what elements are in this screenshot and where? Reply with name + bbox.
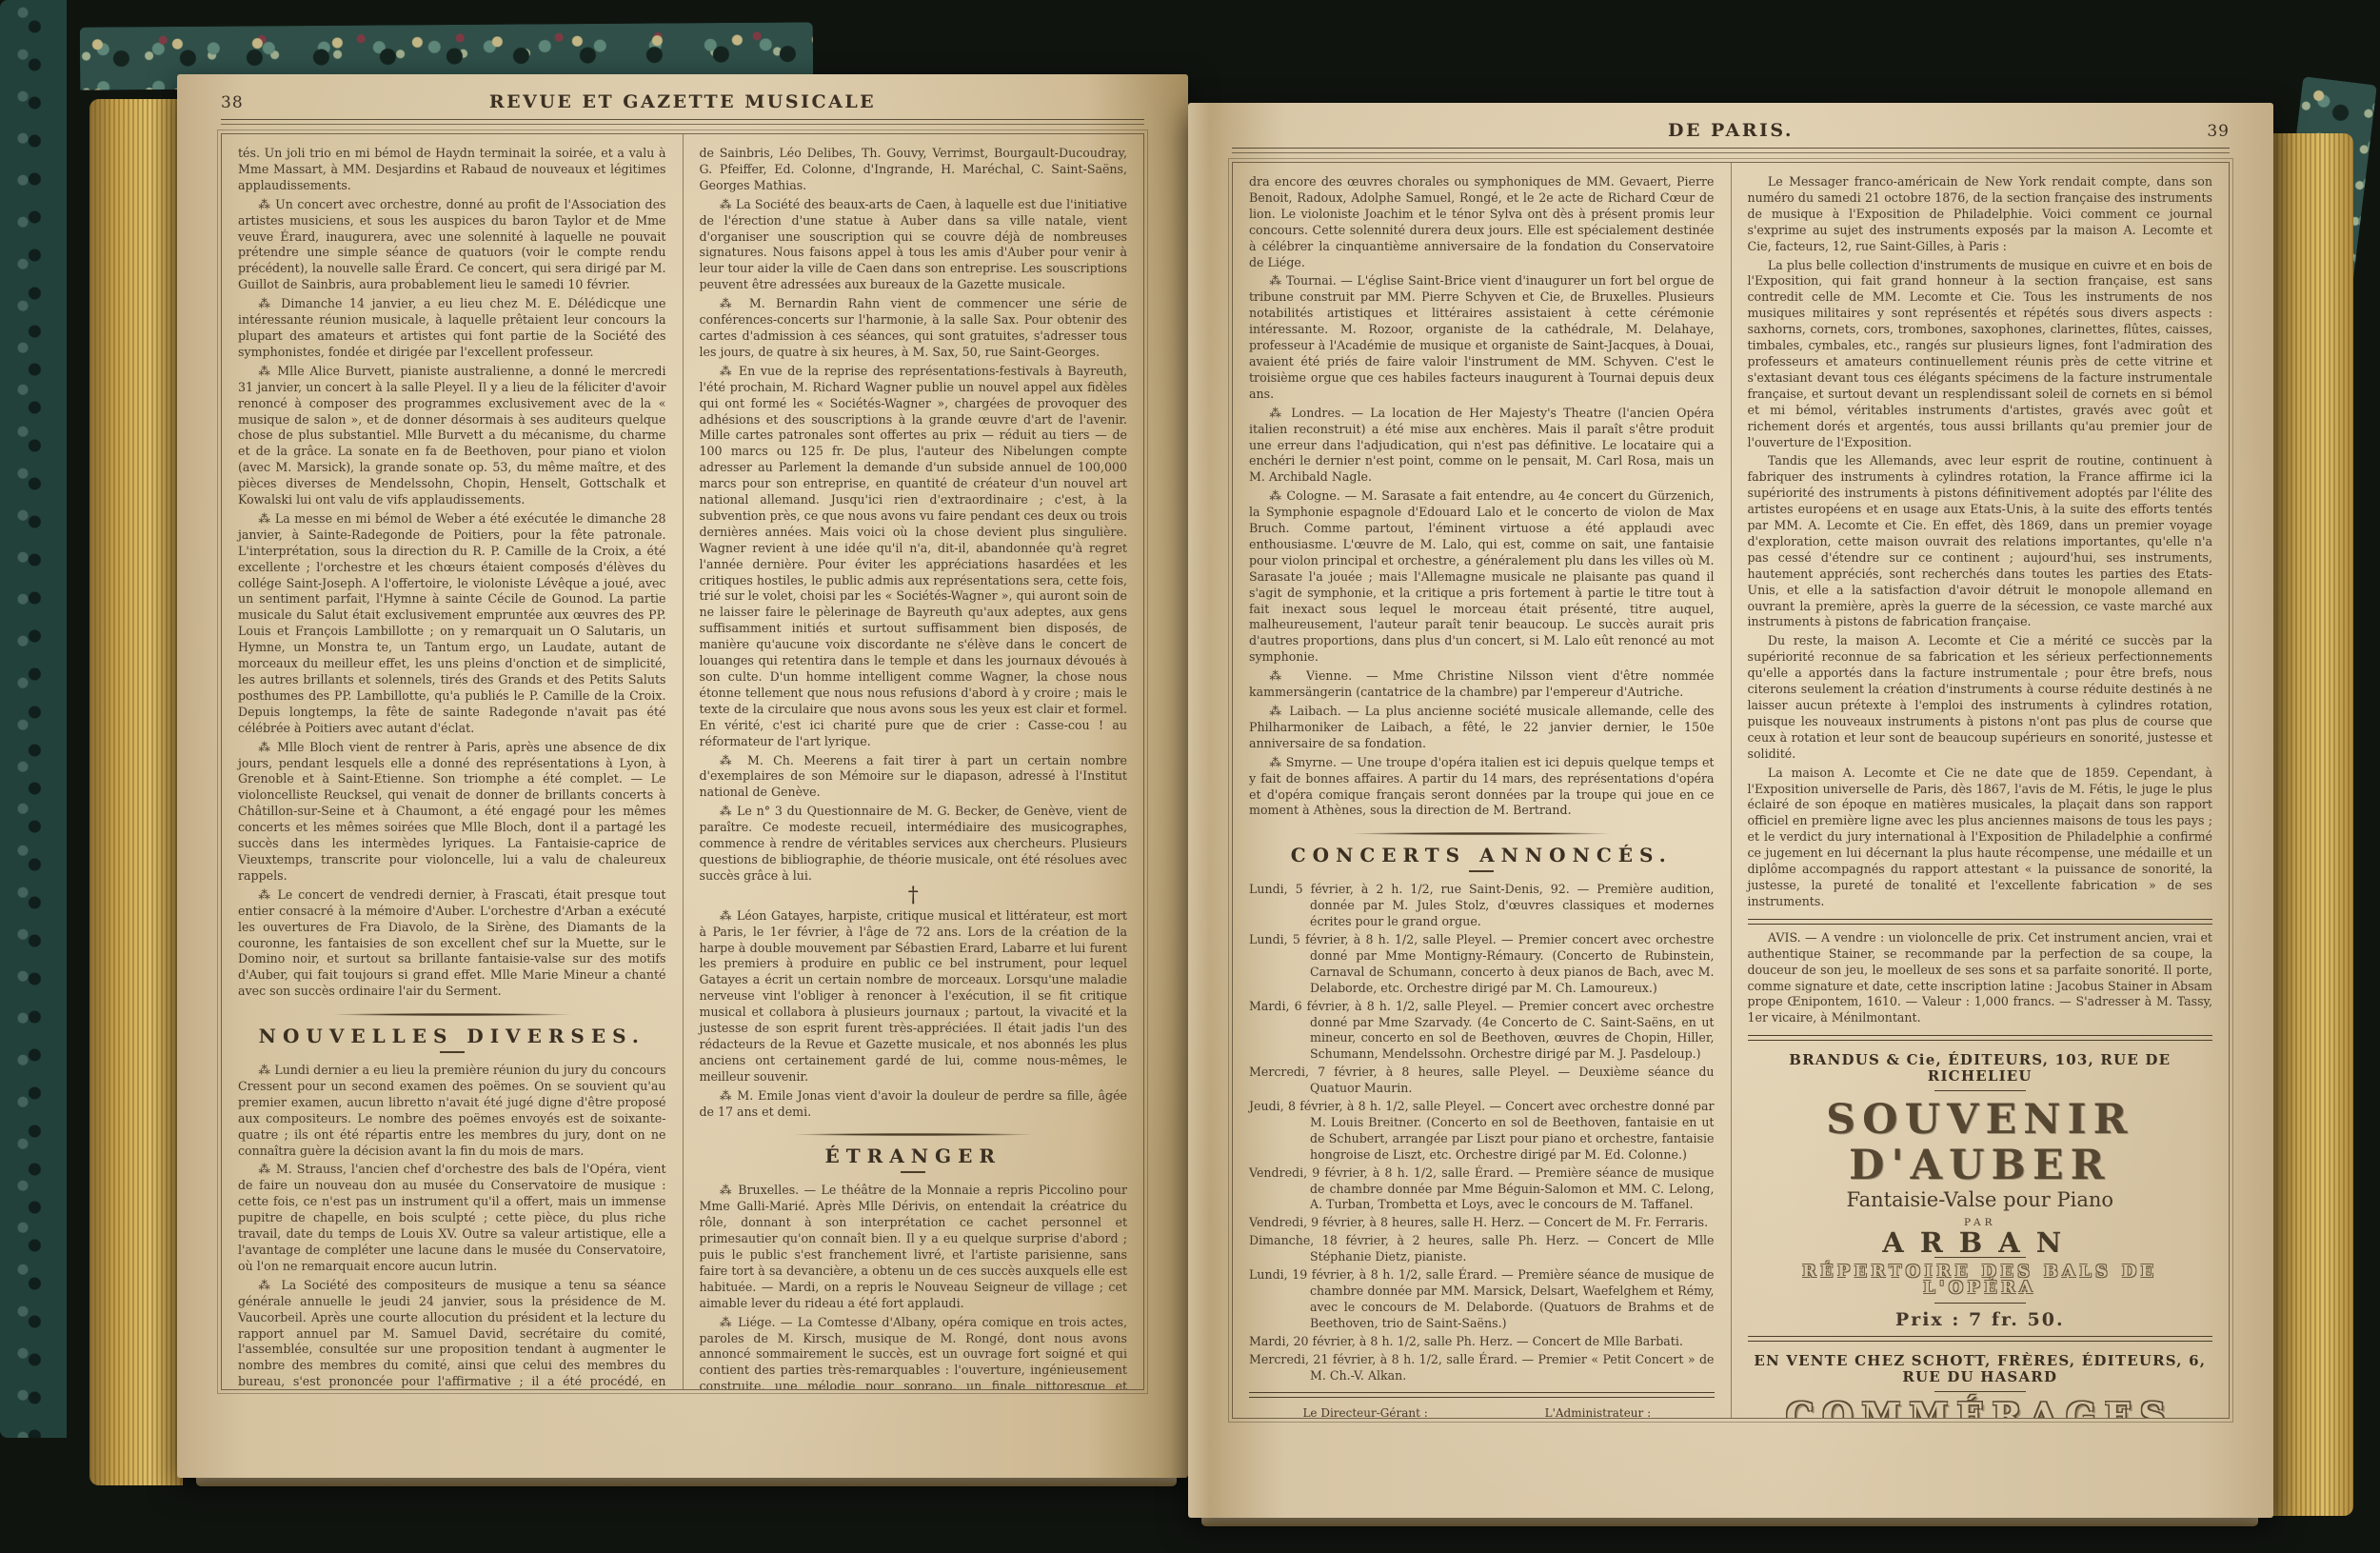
article-paragraph: Du reste, la maison A. Lecomte et Cie a …	[1748, 633, 2213, 762]
article-paragraph: La plus belle collection d'instruments d…	[1748, 258, 2213, 451]
news-item: tés. Un joli trio en mi bémol de Haydn t…	[238, 146, 666, 194]
foreign-news-item: ⁂ Vienne. — Mme Christine Nilsson vient …	[1249, 668, 1715, 701]
foreign-news-item: ⁂ Smyrne. — Une troupe d'opéra italien e…	[1249, 755, 1715, 820]
concert-listing: Mardi, 6 février, à 8 h. 1/2, salle Pley…	[1249, 999, 1715, 1064]
concert-listing: Mercredi, 7 février, à 8 heures, salle P…	[1249, 1065, 1715, 1097]
double-rule	[1748, 919, 2213, 925]
photographed-book-spread: 38 REVUE ET GAZETTE MUSICALE tés. Un jol…	[0, 0, 2380, 1553]
concert-listing: Mercredi, 21 février, à 8 h. 1/2, salle …	[1249, 1352, 1715, 1384]
news-item: de Sainbris, Léo Delibes, Th. Gouvy, Ver…	[700, 146, 1128, 194]
ad-price: Prix : 7 fr. 50.	[1748, 1312, 2213, 1328]
news-item: ⁂ M. Bernardin Rahn vient de commencer u…	[700, 296, 1128, 361]
column-1: tés. Un joli trio en mi bémol de Haydn t…	[222, 134, 683, 1389]
publisher-line: EN VENTE CHEZ SCHOTT, FRÈRES, ÉDITEURS, …	[1748, 1353, 2213, 1385]
obituary-item: ⁂ M. Emile Jonas vient d'avoir la douleu…	[700, 1088, 1128, 1121]
ad-series: RÉPERTOIRE DES BALS DE L'OPÉRA	[1748, 1264, 2213, 1297]
journal-page-39: DE PARIS. 39 dra encore des œuvres chora…	[1188, 103, 2273, 1518]
header-rule	[1232, 148, 2230, 153]
running-title: REVUE ET GAZETTE MUSICALE	[307, 91, 1059, 112]
foreign-news-item: ⁂ Cologne. — M. Sarasate a fait entendre…	[1249, 488, 1715, 666]
page-stack-bottom-left	[196, 1478, 1177, 1486]
news-item: ⁂ M. Ch. Meerens a fait tirer à part un …	[700, 753, 1128, 802]
foreign-news-item: ⁂ Tournai. — L'église Saint-Brice vient …	[1249, 273, 1715, 402]
concert-listing: Dimanche, 18 février, à 2 heures, salle …	[1249, 1233, 1715, 1265]
gilt-fore-edge-right	[2271, 133, 2353, 1516]
page-header: 38 REVUE ET GAZETTE MUSICALE	[177, 74, 1188, 112]
book-cover-left-edge	[0, 0, 67, 1438]
article-paragraph: Tandis que les Allemands, avec leur espr…	[1748, 453, 2213, 630]
ad-title: SOUVENIR D'AUBER	[1748, 1097, 2213, 1188]
short-rule	[1934, 1090, 2026, 1091]
double-rule	[1748, 1336, 2213, 1342]
heading-dash	[440, 1051, 465, 1053]
page-number: 39	[2144, 122, 2230, 141]
article-paragraph: La maison A. Lecomte et Cie ne date que …	[1748, 766, 2213, 910]
news-item: ⁂ Le concert de vendredi dernier, à Fras…	[238, 887, 666, 1000]
heading-dash	[1469, 870, 1494, 872]
foreign-news-item: ⁂ Liége. — La Comtesse d'Albany, opéra c…	[700, 1315, 1128, 1389]
foreign-news-item: ⁂ Laibach. — La plus ancienne société mu…	[1249, 704, 1715, 752]
header-rule	[221, 119, 1144, 125]
news-item: ⁂ Le n° 3 du Questionnaire de M. G. Beck…	[700, 804, 1128, 885]
news-item: ⁂ La Société des beaux-arts de Caen, à l…	[700, 197, 1128, 293]
news-item: ⁂ Un concert avec orchestre, donné au pr…	[238, 197, 666, 293]
section-heading: CONCERTS ANNONCÉS.	[1249, 847, 1715, 864]
column-1: dra encore des œuvres chorales ou sympho…	[1233, 163, 1731, 1418]
news-item: ⁂ Lundi dernier a eu lieu la première ré…	[238, 1063, 666, 1159]
obituary-item: ⁂ Léon Gatayes, harpiste, critique music…	[700, 908, 1128, 1085]
short-rule	[1934, 1391, 2026, 1392]
page-header: DE PARIS. 39	[1188, 103, 2273, 141]
concert-listing: Vendredi, 9 février, à 8 heures, salle H…	[1249, 1215, 1715, 1231]
double-rule	[1249, 1392, 1715, 1398]
short-rule	[1934, 1303, 2026, 1304]
article-paragraph: Le Messager franco-américain de New York…	[1748, 174, 2213, 255]
column-2: Le Messager franco-américain de New York…	[1731, 163, 2230, 1418]
section-divider	[1351, 832, 1612, 835]
section-divider	[332, 1013, 572, 1016]
section-divider	[793, 1133, 1033, 1136]
obituary-cross: †	[700, 888, 1128, 905]
column-2: de Sainbris, Léo Delibes, Th. Gouvy, Ver…	[683, 134, 1144, 1389]
foreign-news-item: ⁂ Londres. — La location de Her Majesty'…	[1249, 406, 1715, 487]
news-item: ⁂ La messe en mi bémol de Weber a été ex…	[238, 511, 666, 737]
news-item: ⁂ M. Strauss, l'ancien chef d'orchestre …	[238, 1162, 666, 1274]
foreign-news-item: dra encore des œuvres chorales ou sympho…	[1249, 174, 1715, 270]
concert-listing: Mardi, 20 février, à 8 h. 1/2, salle Ph.…	[1249, 1334, 1715, 1350]
concert-listing: Lundi, 19 février, à 8 h. 1/2, salle Éra…	[1249, 1267, 1715, 1332]
concert-listing: Lundi, 5 février, à 2 h. 1/2, rue Saint-…	[1249, 882, 1715, 930]
section-heading: NOUVELLES DIVERSES.	[238, 1028, 666, 1045]
ad-composer: ARBAN	[1748, 1235, 2213, 1251]
heading-dash	[901, 1171, 925, 1173]
page-stack-bottom-right	[1201, 1518, 2258, 1526]
text-frame: dra encore des œuvres chorales ou sympho…	[1232, 162, 2230, 1419]
concert-listing: Lundi, 5 février, à 8 h. 1/2, salle Pley…	[1249, 932, 1715, 997]
news-item: ⁂ Dimanche 14 janvier, a eu lieu chez M.…	[238, 296, 666, 361]
classified-notice: AVIS. — A vendre : un violoncelle de pri…	[1748, 930, 2213, 1026]
gilt-fore-edge-left	[89, 99, 183, 1485]
concert-listing: Vendredi, 9 février, à 8 h. 1/2, salle É…	[1249, 1165, 1715, 1214]
news-item: ⁂ Mlle Bloch vient de rentrer à Paris, a…	[238, 740, 666, 885]
section-heading: ÉTRANGER	[700, 1148, 1128, 1165]
page-number: 38	[221, 93, 307, 112]
news-item: ⁂ La Société des compositeurs de musique…	[238, 1278, 666, 1389]
publisher-line: BRANDUS & Cie, ÉDITEURS, 103, RUE DE RIC…	[1748, 1052, 2213, 1085]
administrator-signature: L'Administrateur :Édouard PHILIPPE.	[1481, 1405, 1714, 1418]
director-signature: Le Directeur-Gérant :BRANDUS.	[1249, 1405, 1481, 1418]
signature-row: Le Directeur-Gérant :BRANDUS.L'Administr…	[1249, 1405, 1715, 1418]
text-frame: tés. Un joli trio en mi bémol de Haydn t…	[221, 133, 1144, 1390]
news-item: ⁂ En vue de la reprise des représentatio…	[700, 364, 1128, 750]
double-rule	[1748, 1035, 2213, 1041]
running-title: DE PARIS.	[1318, 120, 2144, 141]
ad-title: COMMÉRAGES	[1748, 1396, 2213, 1418]
ad-subtitle: Fantaisie-Valse pour Piano	[1748, 1192, 2213, 1208]
foreign-news-item: ⁂ Bruxelles. — Le théâtre de la Monnaie …	[700, 1183, 1128, 1311]
journal-page-38: 38 REVUE ET GAZETTE MUSICALE tés. Un jol…	[177, 74, 1188, 1478]
concert-listing: Jeudi, 8 février, à 8 h. 1/2, salle Pley…	[1249, 1099, 1715, 1164]
news-item: ⁂ Mlle Alice Burvett, pianiste australie…	[238, 364, 666, 508]
